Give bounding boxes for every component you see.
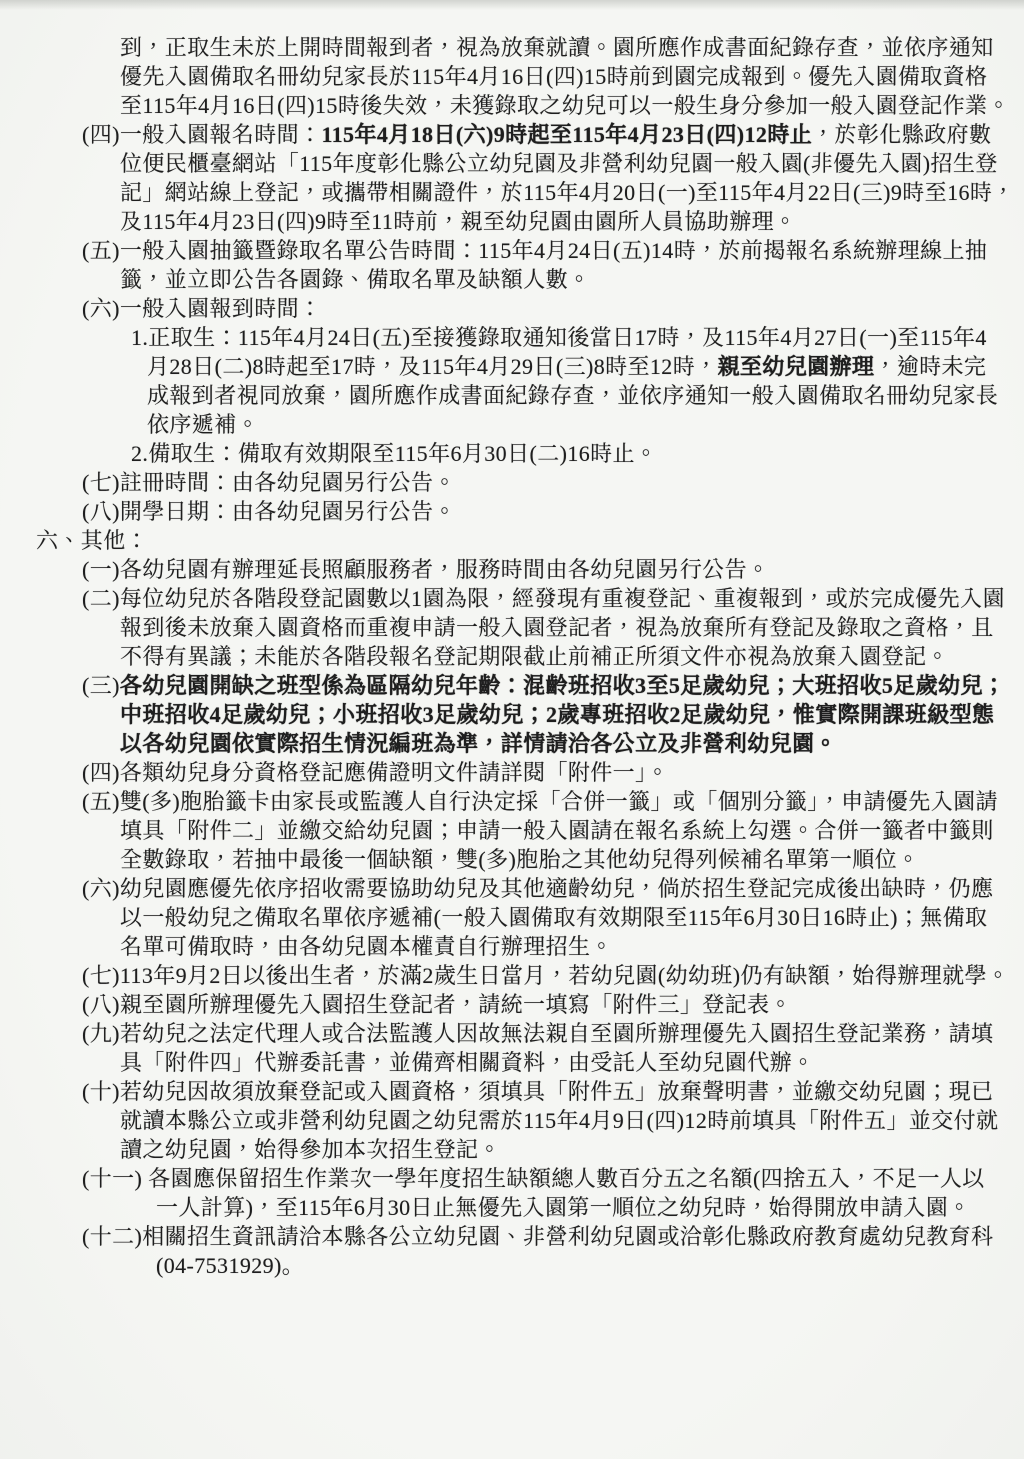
document-line: 月28日(二)8時起至17時，及115年4月29日(三)8時至12時，親至幼兒園… (0, 352, 1014, 381)
document-line: 記」網站線上登記，或攜帶相關證件，於115年4月20日(一)至115年4月22日… (0, 178, 1014, 207)
text-segment: (五)一般入園抽籤暨錄取名單公告時間：115年4月24日(五)14時，於前揭報名… (82, 238, 987, 263)
text-segment: 以各幼兒園依實際招生情況編班為準，詳情請洽各公立及非營利幼兒園。 (120, 731, 837, 756)
document-line: (三)各幼兒園開缺之班型係為區隔幼兒年齡：混齡班招收3至5足歲幼兒；大班招收5足… (0, 671, 1014, 700)
text-segment: (七)註冊時間：由各幼兒園另行公告。 (82, 470, 456, 495)
text-segment: (六)幼兒園應優先依序招收需要協助幼兒及其他適齡幼兒，倘於招生登記完成後出缺時，… (82, 876, 993, 901)
text-segment: 全數錄取，若抽中最後一個缺額，雙(多)胞胎之其他幼兒得列候補名單第一順位。 (120, 847, 919, 872)
text-segment: 2.備取生：備取有效期限至115年6月30日(二)16時止。 (131, 441, 657, 466)
document-line: 位便民櫃臺網站「115年度彰化縣公立幼兒園及非營利幼兒園一般入園(非優先入園)招… (0, 149, 1014, 178)
document-line: (八)開學日期：由各幼兒園另行公告。 (0, 497, 1014, 526)
document-line: 就讀本縣公立或非營利幼兒園之幼兒需於115年4月9日(四)12時前填具「附件五」… (0, 1106, 1014, 1135)
text-segment: 到，正取生未於上開時間報到者，視為放棄就讀。園所應作成書面紀錄存查，並依序通知 (120, 35, 994, 60)
document-line: (七)註冊時間：由各幼兒園另行公告。 (0, 468, 1014, 497)
document-line: 籤，並立即公告各園錄、備取名單及缺額人數。 (0, 265, 1014, 294)
text-segment: (四)各類幼兒身分資格登記應備證明文件請詳閱「附件一」。 (82, 760, 669, 785)
document-line: (十二)相關招生資訊請洽本縣各公立幼兒園、非營利幼兒園或洽彰化縣政府教育處幼兒教… (0, 1222, 1014, 1251)
document-line: (四)各類幼兒身分資格登記應備證明文件請詳閱「附件一」。 (0, 758, 1014, 787)
text-segment: 中班招收4足歲幼兒；小班招收3足歲幼兒；2歲專班招收2足歲幼兒，惟實際開課班級型… (120, 702, 994, 727)
text-segment: 依序遞補。 (147, 412, 259, 437)
text-segment: 月28日(二)8時起至17時，及115年4月29日(三)8時至12時， (147, 354, 718, 379)
document-line: 報到後未放棄入園資格而重複申請一般入園登記者，視為放棄所有登記及錄取之資格，且 (0, 613, 1014, 642)
text-segment: 就讀本縣公立或非營利幼兒園之幼兒需於115年4月9日(四)12時前填具「附件五」… (120, 1108, 998, 1133)
document-line: 以各幼兒園依實際招生情況編班為準，詳情請洽各公立及非營利幼兒園。 (0, 729, 1014, 758)
text-segment: (三) (82, 673, 120, 698)
text-segment: 親至幼兒園辦理 (718, 354, 875, 379)
text-segment: (一)各幼兒園有辦理延長照顧服務者，服務時間由各幼兒園另行公告。 (82, 557, 769, 582)
text-segment: (七)113年9月2日以後出生者，於滿2歲生日當月，若幼兒園(幼幼班)仍有缺額，… (82, 963, 1009, 988)
text-segment: 優先入園備取名冊幼兒家長於115年4月16日(四)15時前到園完成報到。優先入園… (120, 64, 987, 89)
text-segment: ，逾時未完 (874, 354, 986, 379)
document-line: 名單可備取時，由各幼兒園本權責自行辦理招生。 (0, 932, 1014, 961)
text-segment: (十一) 各園應保留招生作業次一學年度招生缺額總人數百分五之名額(四捨五入，不足… (82, 1166, 985, 1191)
document-line: 1.正取生：115年4月24日(五)至接獲錄取通知後當日17時，及115年4月2… (0, 323, 1014, 352)
text-segment: 位便民櫃臺網站「115年度彰化縣公立幼兒園及非營利幼兒園一般入園(非優先入園)招… (120, 151, 998, 176)
text-segment: (九)若幼兒之法定代理人或合法監護人因故無法親自至園所辦理優先入園招生登記業務，… (82, 1021, 993, 1046)
text-segment: (四)一般入園報名時間： (82, 122, 321, 147)
document-line: 優先入園備取名冊幼兒家長於115年4月16日(四)15時前到園完成報到。優先入園… (0, 62, 1014, 91)
document-line: 填具「附件二」並繳交給幼兒園；申請一般入園請在報名系統上勾選。合併一籤者中籤則 (0, 816, 1014, 845)
scan-edge-shadow (0, 0, 1024, 10)
document-line: 至115年4月16日(四)15時後失效，未獲錄取之幼兒可以一般生身分參加一般入園… (0, 91, 1014, 120)
text-segment: ，於彰化縣政府數 (812, 122, 991, 147)
text-segment: 籤，並立即公告各園錄、備取名單及缺額人數。 (120, 267, 590, 292)
text-segment: (五)雙(多)胞胎籤卡由家長或監護人自行決定採「合併一籤」或「個別分籤」，申請優… (82, 789, 998, 814)
text-segment: (六)一般入園報到時間： (82, 296, 321, 321)
document-line: (二)每位幼兒於各階段登記園數以1園為限，經發現有重複登記、重複報到，或於完成優… (0, 584, 1014, 613)
document-line: 及115年4月23日(四)9時至11時前，親至幼兒園由園所人員協助辦理。 (0, 207, 1014, 236)
text-segment: 名單可備取時，由各幼兒園本權責自行辦理招生。 (120, 934, 613, 959)
document-line: (七)113年9月2日以後出生者，於滿2歲生日當月，若幼兒園(幼幼班)仍有缺額，… (0, 961, 1014, 990)
text-segment: (十二)相關招生資訊請洽本縣各公立幼兒園、非營利幼兒園或洽彰化縣政府教育處幼兒教… (82, 1224, 993, 1249)
document-line: (十一) 各園應保留招生作業次一學年度招生缺額總人數百分五之名額(四捨五入，不足… (0, 1164, 1014, 1193)
text-segment: 一人計算)，至115年6月30日止無優先入園第一順位之幼兒時，始得開放申請入園。 (156, 1195, 971, 1220)
text-segment: 至115年4月16日(四)15時後失效，未獲錄取之幼兒可以一般生身分參加一般入園… (120, 93, 1010, 118)
document-line: 具「附件四」代辦委託書，並備齊相關資料，由受託人至幼兒園代辦。 (0, 1048, 1014, 1077)
text-segment: 以一般幼兒之備取名單依序遞補(一般入園備取有效期限至115年6月30日16時止)… (120, 905, 987, 930)
document-line: 到，正取生未於上開時間報到者，視為放棄就讀。園所應作成書面紀錄存查，並依序通知 (0, 33, 1014, 62)
text-segment: 1.正取生：115年4月24日(五)至接獲錄取通知後當日17時，及115年4月2… (131, 325, 987, 350)
text-segment: 及115年4月23日(四)9時至11時前，親至幼兒園由園所人員協助辦理。 (120, 209, 796, 234)
text-segment: 記」網站線上登記，或攜帶相關證件，於115年4月20日(一)至115年4月22日… (120, 180, 1015, 205)
text-segment: 讀之幼兒園，始得參加本次招生登記。 (120, 1137, 501, 1162)
document-line: (一)各幼兒園有辦理延長照顧服務者，服務時間由各幼兒園另行公告。 (0, 555, 1014, 584)
document-line: 讀之幼兒園，始得參加本次招生登記。 (0, 1135, 1014, 1164)
text-segment: (04-7531929)。 (156, 1253, 304, 1278)
document-line: 以一般幼兒之備取名單依序遞補(一般入園備取有效期限至115年6月30日16時止)… (0, 903, 1014, 932)
document-line: 成報到者視同放棄，園所應作成書面紀錄存查，並依序通知一般入園備取名冊幼兒家長 (0, 381, 1014, 410)
document-line: (十)若幼兒因故須放棄登記或入園資格，須填具「附件五」放棄聲明書，並繳交幼兒園；… (0, 1077, 1014, 1106)
text-segment: (二)每位幼兒於各階段登記園數以1園為限，經發現有重複登記、重複報到，或於完成優… (82, 586, 1005, 611)
scanned-document: { "page": { "background_color": "#f5f6f3… (0, 0, 1024, 1459)
document-line: 不得有異議；未能於各階段報名登記期限截止前補正所須文件亦視為放棄入園登記。 (0, 642, 1014, 671)
text-segment: 成報到者視同放棄，園所應作成書面紀錄存查，並依序通知一般入園備取名冊幼兒家長 (147, 383, 998, 408)
document-line: (五)一般入園抽籤暨錄取名單公告時間：115年4月24日(五)14時，於前揭報名… (0, 236, 1014, 265)
document-line: (九)若幼兒之法定代理人或合法監護人因故無法親自至園所辦理優先入園招生登記業務，… (0, 1019, 1014, 1048)
text-segment: 115年4月18日(六)9時起至115年4月23日(四)12時止 (321, 122, 812, 147)
text-segment: 報到後未放棄入園資格而重複申請一般入園登記者，視為放棄所有登記及錄取之資格，且 (120, 615, 994, 640)
document-line: (04-7531929)。 (0, 1251, 1014, 1280)
text-segment: (八)開學日期：由各幼兒園另行公告。 (82, 499, 456, 524)
document-line: 全數錄取，若抽中最後一個缺額，雙(多)胞胎之其他幼兒得列候補名單第一順位。 (0, 845, 1014, 874)
document-line: 2.備取生：備取有效期限至115年6月30日(二)16時止。 (0, 439, 1014, 468)
document-line: (四)一般入園報名時間：115年4月18日(六)9時起至115年4月23日(四)… (0, 120, 1014, 149)
document-line: 一人計算)，至115年6月30日止無優先入園第一順位之幼兒時，始得開放申請入園。 (0, 1193, 1014, 1222)
text-segment: 具「附件四」代辦委託書，並備齊相關資料，由受託人至幼兒園代辦。 (120, 1050, 814, 1075)
document-line: (六)幼兒園應優先依序招收需要協助幼兒及其他適齡幼兒，倘於招生登記完成後出缺時，… (0, 874, 1014, 903)
text-segment: (八)親至園所辦理優先入園招生登記者，請統一填寫「附件三」登記表。 (82, 992, 792, 1017)
text-segment: 填具「附件二」並繳交給幼兒園；申請一般入園請在報名系統上勾選。合併一籤者中籤則 (120, 818, 994, 843)
document-line: (五)雙(多)胞胎籤卡由家長或監護人自行決定採「合併一籤」或「個別分籤」，申請優… (0, 787, 1014, 816)
document-line: (六)一般入園報到時間： (0, 294, 1014, 323)
document-line: 六、其他： (0, 526, 1014, 555)
text-segment: 各幼兒園開缺之班型係為區隔幼兒年齡：混齡班招收3至5足歲幼兒；大班招收5足歲幼兒… (120, 673, 1005, 698)
document-line: (八)親至園所辦理優先入園招生登記者，請統一填寫「附件三」登記表。 (0, 990, 1014, 1019)
text-segment: 六、其他： (36, 528, 148, 553)
text-segment: 不得有異議；未能於各階段報名登記期限截止前補正所須文件亦視為放棄入園登記。 (120, 644, 949, 669)
document-line: 依序遞補。 (0, 410, 1014, 439)
document-line: 中班招收4足歲幼兒；小班招收3足歲幼兒；2歲專班招收2足歲幼兒，惟實際開課班級型… (0, 700, 1014, 729)
text-segment: (十)若幼兒因故須放棄登記或入園資格，須填具「附件五」放棄聲明書，並繳交幼兒園；… (82, 1079, 993, 1104)
document-page: 到，正取生未於上開時間報到者，視為放棄就讀。園所應作成書面紀錄存查，並依序通知優… (0, 33, 1014, 1280)
